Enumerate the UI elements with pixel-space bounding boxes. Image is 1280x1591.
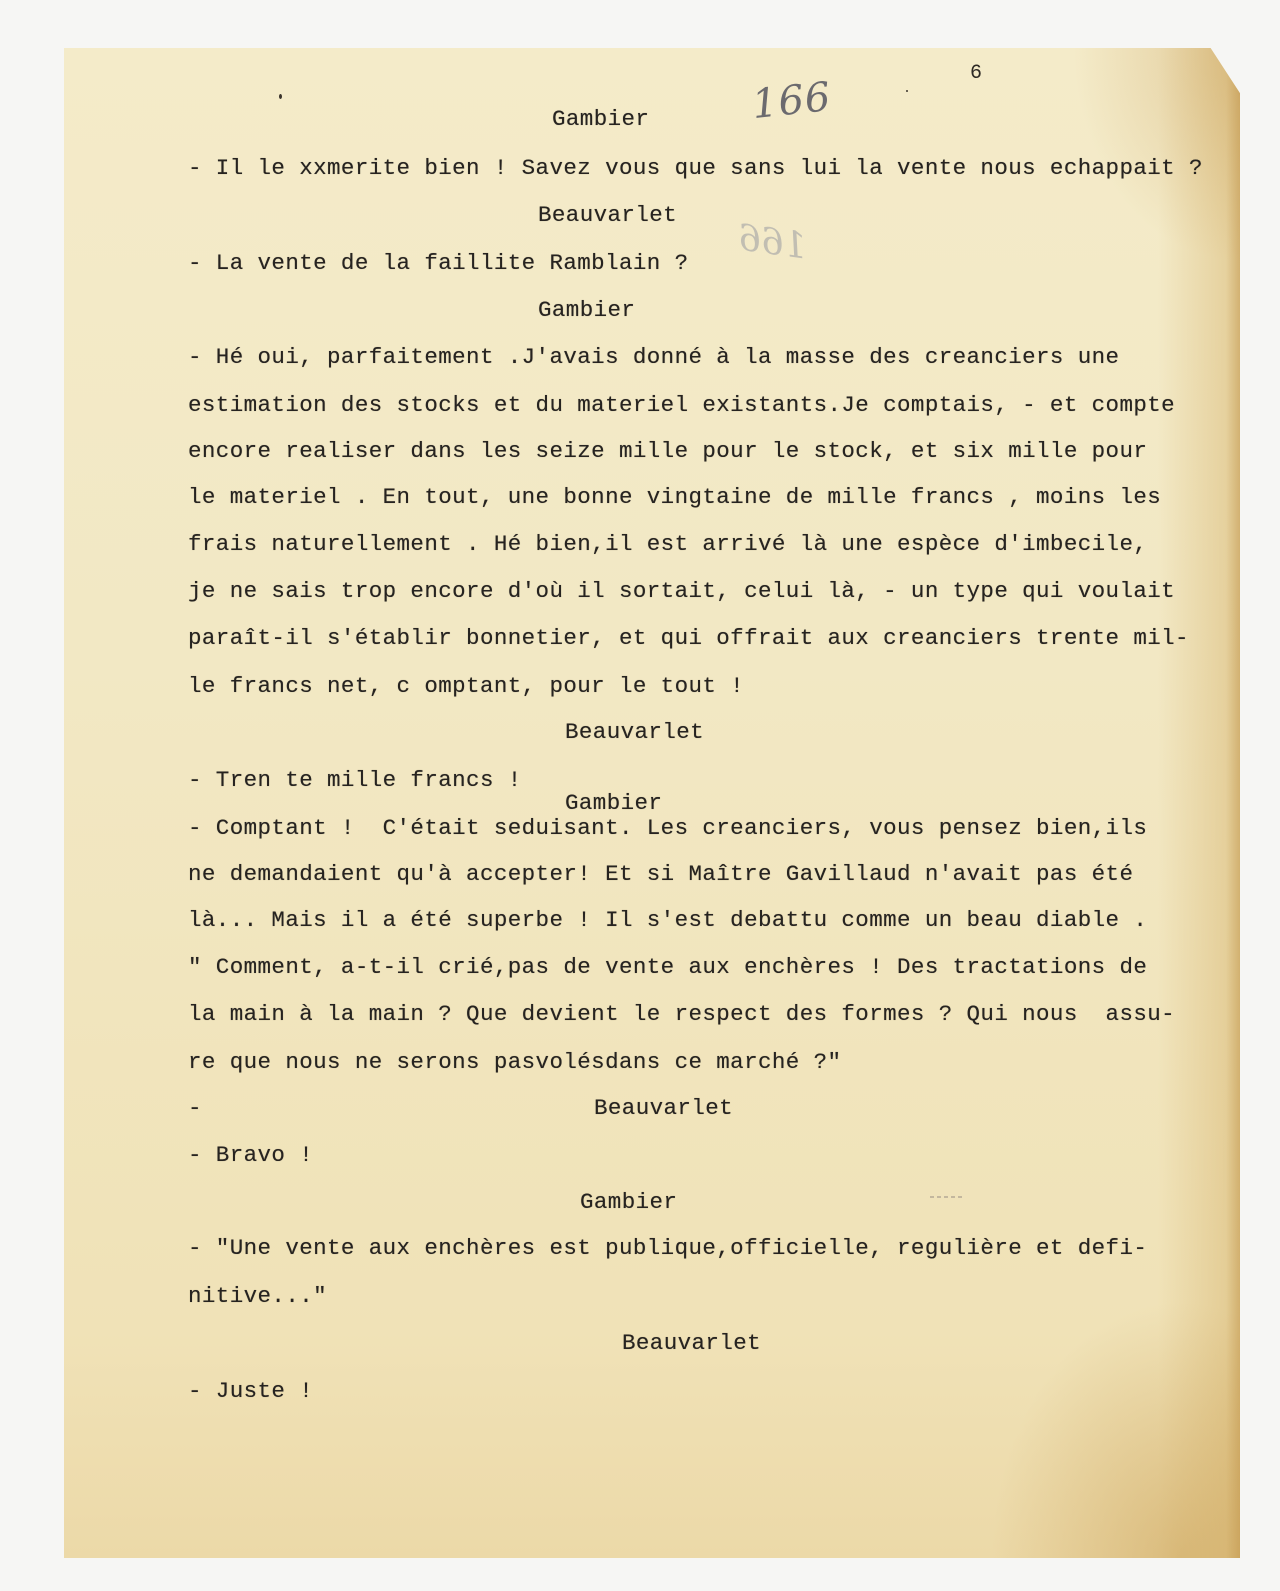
stray-dash: - [188,1095,202,1121]
dialogue-line: ne demandaient qu'à accepter! Et si Maît… [188,861,1133,887]
dialogue-line: re que nous ne serons pasvolésdans ce ma… [188,1049,841,1075]
dialogue-line: le materiel . En tout, une bonne vingtai… [188,484,1161,510]
speaker-name: Beauvarlet [594,1095,733,1121]
speaker-name: Gambier [552,106,649,132]
dialogue-line: - "Une vente aux enchères est publique,o… [188,1235,1147,1261]
dialogue-line: encore realiser dans les seize mille pou… [188,438,1147,464]
dialogue-line: frais naturellement . Hé bien,il est arr… [188,531,1147,557]
dialogue-line: - La vente de la faillite Ramblain ? [188,250,688,276]
dialogue-line: le francs net, c omptant, pour le tout ! [188,673,744,699]
page-number: 6 [970,62,982,85]
dialogue-line: - Tren te mille francs ! [188,767,522,793]
dialogue-line: - Hé oui, parfaitement .J'avais donné à … [188,344,1119,370]
speaker-name: Beauvarlet [538,202,677,228]
ink-speck [906,90,908,92]
faint-pencil-mark [930,1196,964,1198]
dialogue-line: estimation des stocks et du materiel exi… [188,392,1175,418]
dialogue-line: " Comment, a-t-il crié,pas de vente aux … [188,954,1147,980]
speaker-name: Beauvarlet [622,1330,761,1356]
dialogue-line: nitive..." [188,1283,327,1309]
handwritten-folio-number: 166 [750,74,834,128]
dialogue-line: paraît-il s'établir bonnetier, et qui of… [188,625,1189,651]
dialogue-line: - Comptant ! C'était seduisant. Les crea… [188,815,1147,841]
speaker-name: Beauvarlet [565,719,704,745]
dialogue-line: là... Mais il a été superbe ! Il s'est d… [188,907,1147,933]
speaker-name: Gambier [538,297,635,323]
dialogue-line: je ne sais trop encore d'où il sortait, … [188,578,1175,604]
ink-speck [279,94,282,99]
dialogue-line: - Il le xxmerite bien ! Savez vous que s… [188,155,1203,181]
speaker-name: Gambier [580,1189,677,1215]
dialogue-line: - Juste ! [188,1378,313,1404]
speaker-name: Gambier [565,790,662,816]
dialogue-line: - Bravo ! [188,1142,313,1168]
dialogue-line: la main à la main ? Que devient le respe… [188,1001,1175,1027]
